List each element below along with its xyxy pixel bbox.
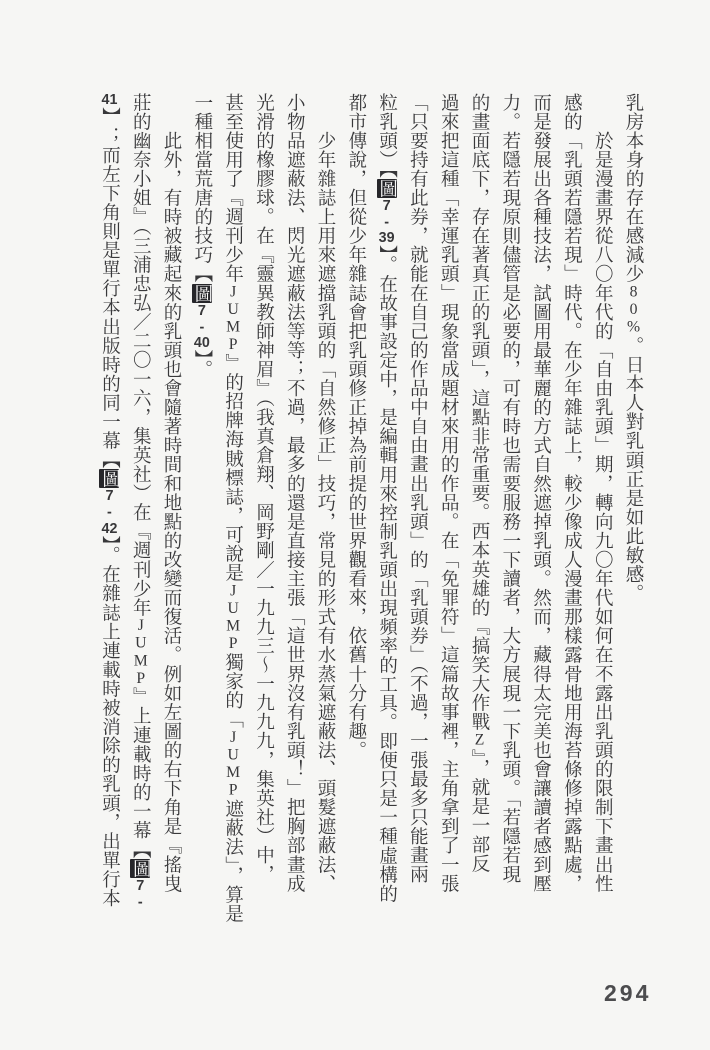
figure-ref: 【圖7-39】 <box>377 169 397 255</box>
text-column: 過來把這種「幸運乳頭」現象當成題材來用的作品。在「免罪符」這篇故事裡，主角拿到了… <box>432 93 463 959</box>
book-page: 乳房本身的存在感減少80%。日本人對乳頭正是如此敏感。 於是漫畫界從八〇年代的「… <box>0 0 710 1050</box>
text-column: 小物品遮蔽法、閃光遮蔽法等等；不過，最多的還是直接主張「這世界沒有乳頭！」把胸部… <box>278 93 309 959</box>
text-column: 於是漫畫界從八〇年代的「自由乳頭」期，轉向九〇年代如何在不露出乳頭的限制下畫出性 <box>586 93 617 959</box>
figure-ref: 41】 <box>99 93 119 127</box>
text-column: 41】；而左下角則是單行本出版時的同一幕【圖7-42】。在雜誌上連載時被消除的乳… <box>94 93 125 959</box>
text-column: 少年雜誌上用來遮擋乳頭的「自然修正」技巧，常見的形式有水蒸氣遮蔽法、頭髮遮蔽法、 <box>309 93 340 959</box>
text-column: 莊的幽奈小姐』（三浦忠弘／二〇一六，集英社）在『週刊少年JUMP』上連載時的一幕… <box>124 93 155 959</box>
page-number: 294 <box>604 980 651 1007</box>
figure-ref: 【圖7-40】 <box>192 264 212 360</box>
text-column: 而是發展出各種技法，試圖用最華麗的方式自然遮掉乳頭。然而，藏得太完美也會讓讀者感… <box>525 93 556 959</box>
figure-icon: 圖 <box>130 859 150 878</box>
text-column: 一種相當荒唐的技巧【圖7-40】。 <box>186 93 217 959</box>
text-column: 乳房本身的存在感減少80%。日本人對乳頭正是如此敏感。 <box>617 93 648 959</box>
text-column: 此外，有時被藏起來的乳頭也會隨著時間和地點的改變而復活。例如左圖的右下角是『搖曳 <box>155 93 186 959</box>
text-column: 感的「乳頭若隱若現」時代。在少年雜誌上，較少像成人漫畫那樣露骨地用海苔條修掉露點… <box>556 93 587 959</box>
figure-icon: 圖 <box>192 284 212 303</box>
text-column: 「只要持有此券，就能在自己的作品中自由畫出乳頭」的「乳頭券」（不過，一張最多只能… <box>402 93 433 959</box>
text-column: 光滑的橡膠球。在『靈異教師神眉』（我真倉翔、岡野剛／一九九三～一九九九，集英社）… <box>248 93 279 959</box>
figure-icon: 圖 <box>99 469 119 488</box>
figure-ref: 【圖7-42】 <box>99 450 119 546</box>
text-column: 都市傳說，但從少年雜誌會把乳頭修正掉為前提的世界觀看來，依舊十分有趣。 <box>340 93 371 959</box>
text-column: 的畫面底下，存在著真正的乳頭」，這點非常重要。西本英雄的『搞笑大作戰Z』，就是一… <box>463 93 494 959</box>
text-column: 粒乳頭）【圖7-39】。在故事設定中，是編輯用來控制乳頭出現頻率的工具。即便只是… <box>371 93 402 959</box>
figure-icon: 圖 <box>377 179 397 198</box>
figure-ref: 【圖7- <box>130 840 150 911</box>
text-column: 力。若隱若現原則儘管是必要的，可有時也需要服務一下讀者，大方展現一下乳頭。「若隱… <box>494 93 525 959</box>
body-text: 乳房本身的存在感減少80%。日本人對乳頭正是如此敏感。 於是漫畫界從八〇年代的「… <box>94 93 648 959</box>
text-column: 甚至使用了『週刊少年JUMP』的招牌海賊標誌，可說是JUMP獨家的「JUMP遮蔽… <box>217 93 248 959</box>
